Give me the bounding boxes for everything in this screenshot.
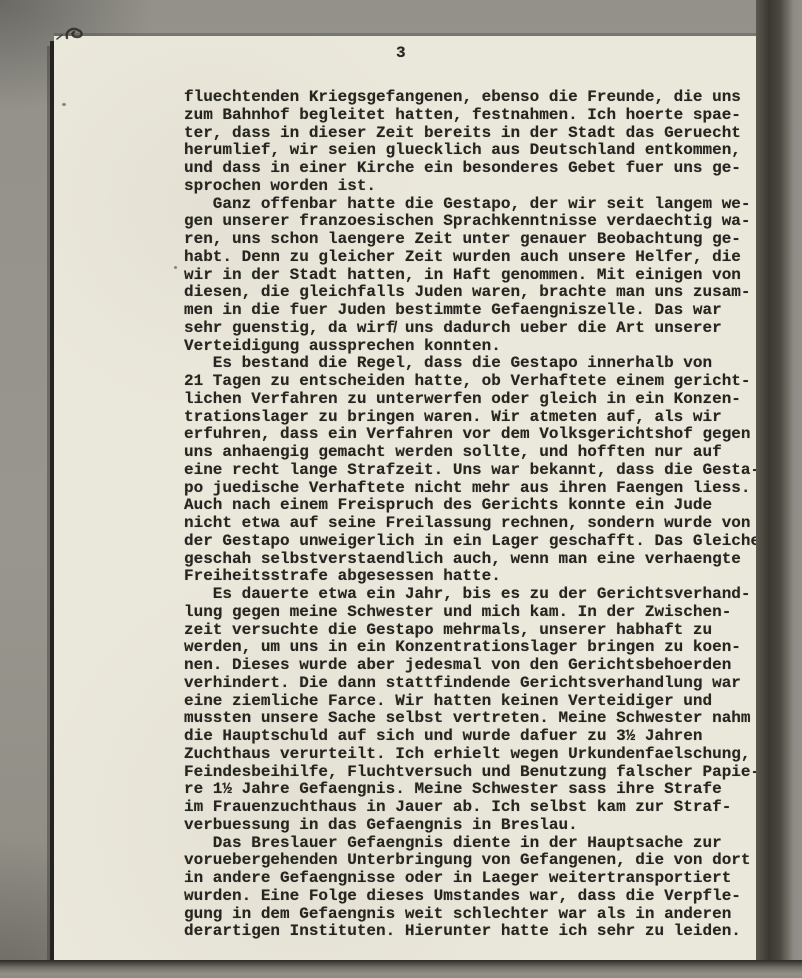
text-line: zeit versuchte die Gestapo mehrmals, uns… <box>184 622 769 640</box>
text-line: zum Bahnhof begleitet hatten, festnahmen… <box>184 107 769 125</box>
text-line: Verteidigung aussprechen konnten. <box>184 338 769 356</box>
document-page: 3 fluechtenden Kriegsgefangenen, ebenso … <box>54 36 760 962</box>
text-line: eine ziemliche Farce. Wir hatten keinen … <box>184 693 769 711</box>
text-line: herumlief, wir seien gluecklich aus Deut… <box>184 142 769 160</box>
text-line: fluechtenden Kriegsgefangenen, ebenso di… <box>184 89 769 107</box>
text-line: sprochen worden ist. <box>184 178 769 196</box>
text-line: Auch nach einem Freispruch des Gerichts … <box>184 497 769 515</box>
text-line: Zuchthaus verurteilt. Ich erhielt wegen … <box>184 746 769 764</box>
text-line: derartigen Instituten. Hierunter hatte i… <box>184 923 769 941</box>
text-line: men in die fuer Juden bestimmte Gefaengn… <box>184 302 769 320</box>
paper-speck <box>62 103 66 106</box>
text-line: lichen Verfahren zu unterwerfen oder gle… <box>184 391 769 409</box>
text-line: die Hauptschuld auf sich und wurde dafue… <box>184 728 769 746</box>
text-line: erfuhren, dass ein Verfahren vor dem Vol… <box>184 426 769 444</box>
text-line: wurden. Eine Folge dieses Umstandes war,… <box>184 888 769 906</box>
scan-background: 3 fluechtenden Kriegsgefangenen, ebenso … <box>0 0 802 978</box>
scanner-backing-bottom <box>0 960 802 978</box>
scanner-backing-right <box>756 0 802 978</box>
text-line: Feindesbeihilfe, Fluchtversuch und Benut… <box>184 764 769 782</box>
paper-speck <box>174 266 177 269</box>
text-line: und dass in einer Kirche ein besonderes … <box>184 160 769 178</box>
text-line: mussten unsere Sache selbst vertreten. M… <box>184 710 769 728</box>
text-line: nen. Dieses wurde aber jedesmal von den … <box>184 657 769 675</box>
pencil-squiggle-icon <box>55 22 91 50</box>
text-line: 21 Tagen zu entscheiden hatte, ob Verhaf… <box>184 373 769 391</box>
text-line: ter, dass in dieser Zeit bereits in der … <box>184 125 769 143</box>
text-line: re 1½ Jahre Gefaengnis. Meine Schwester … <box>184 781 769 799</box>
text-line: in andere Gefaengnisse oder in Laeger we… <box>184 870 769 888</box>
text-line: Ganz offenbar hatte die Gestapo, der wir… <box>184 196 769 214</box>
text-line: gung in dem Gefaengnis weit schlechter w… <box>184 906 769 924</box>
text-line: verbuessung in das Gefaengnis in Breslau… <box>184 817 769 835</box>
text-line: werden, um uns in ein Konzentrationslage… <box>184 639 769 657</box>
text-line: lung gegen meine Schwester und mich kam.… <box>184 604 769 622</box>
text-line: trationslager zu bringen waren. Wir atme… <box>184 409 769 427</box>
text-line: diesen, die gleichfalls Juden waren, bra… <box>184 284 769 302</box>
page-number: 3 <box>396 44 406 62</box>
text-line: gen unserer franzoesischen Sprachkenntni… <box>184 213 769 231</box>
text-line: wir in der Stadt hatten, in Haft genomme… <box>184 267 769 285</box>
text-line: Das Breslauer Gefaengnis diente in der H… <box>184 835 769 853</box>
text-line: Es bestand die Regel, dass die Gestapo i… <box>184 355 769 373</box>
text-line: po juedische Verhaftete nicht mehr aus i… <box>184 480 769 498</box>
text-line: Freiheitsstrafe abgesessen hatte. <box>184 568 769 586</box>
text-line: nicht etwa auf seine Freilassung rechnen… <box>184 515 769 533</box>
text-line: im Frauenzuchthaus in Jauer ab. Ich selb… <box>184 799 769 817</box>
text-line: voruebergehenden Unterbringung von Gefan… <box>184 852 769 870</box>
text-line: sehr guenstig, da wirf̸ uns dadurch uebe… <box>184 320 769 338</box>
text-line: uns anhaengig gemacht werden sollte, und… <box>184 444 769 462</box>
document-text: fluechtenden Kriegsgefangenen, ebenso di… <box>184 89 769 941</box>
text-line: der Gestapo unweigerlich in ein Lager ge… <box>184 533 769 551</box>
text-line: ren, uns schon laengere Zeit unter genau… <box>184 231 769 249</box>
text-line: habt. Denn zu gleicher Zeit wurden auch … <box>184 249 769 267</box>
text-line: eine recht lange Strafzeit. Uns war beka… <box>184 462 769 480</box>
text-line: verhindert. Die dann stattfindende Geric… <box>184 675 769 693</box>
text-line: Es dauerte etwa ein Jahr, bis es zu der … <box>184 586 769 604</box>
text-line: geschah selbstverstaendlich auch, wenn m… <box>184 551 769 569</box>
